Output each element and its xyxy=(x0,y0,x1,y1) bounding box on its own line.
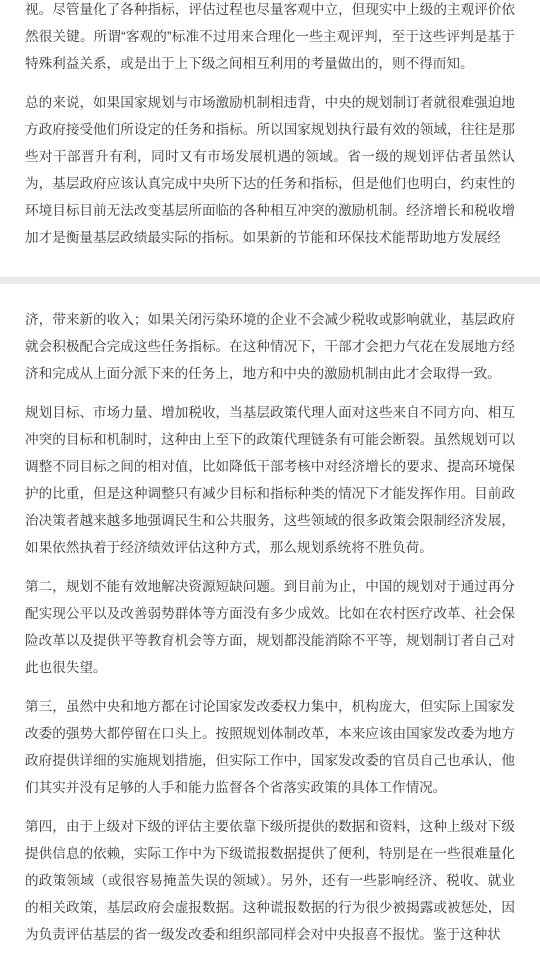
reader-page[interactable]: 视。尽管量化了各种指标，评估过程也尽量客观中立，但现实中上级的主观评价依然很关键… xyxy=(0,0,540,960)
page-above-text: 视。尽管量化了各种指标，评估过程也尽量客观中立，但现实中上级的主观评价依然很关键… xyxy=(0,0,540,251)
paragraph: 济，带来新的收入；如果关闭污染环境的企业不会减少税收或影响就业，基层政府就会积极… xyxy=(25,306,515,387)
page-below-text: 济，带来新的收入；如果关闭污染环境的企业不会减少税收或影响就业，基层政府就会积极… xyxy=(0,306,540,948)
paragraph: 第四，由于上级对下级的评估主要依靠下级所提供的数据和资料，这种上级对下级提供信息… xyxy=(25,813,515,948)
paragraph: 总的来说，如果国家规划与市场激励机制相违背，中央的规划制订者就很难强迫地方政府接… xyxy=(25,89,515,251)
paragraph: 第三，虽然中央和地方都在讨论国家发改委权力集中，机构庞大，但实际上国家发改委的强… xyxy=(25,693,515,801)
paragraph: 第二，规划不能有效地解决资源短缺问题。到目前为止，中国的规划对于通过再分配实现公… xyxy=(25,573,515,681)
page-break-divider xyxy=(0,277,540,284)
paragraph: 规划目标、市场力量、增加税收，当基层政策代理人面对这些来自不同方向、相互冲突的目… xyxy=(25,399,515,561)
paragraph: 视。尽管量化了各种指标，评估过程也尽量客观中立，但现实中上级的主观评价依然很关键… xyxy=(25,0,515,77)
